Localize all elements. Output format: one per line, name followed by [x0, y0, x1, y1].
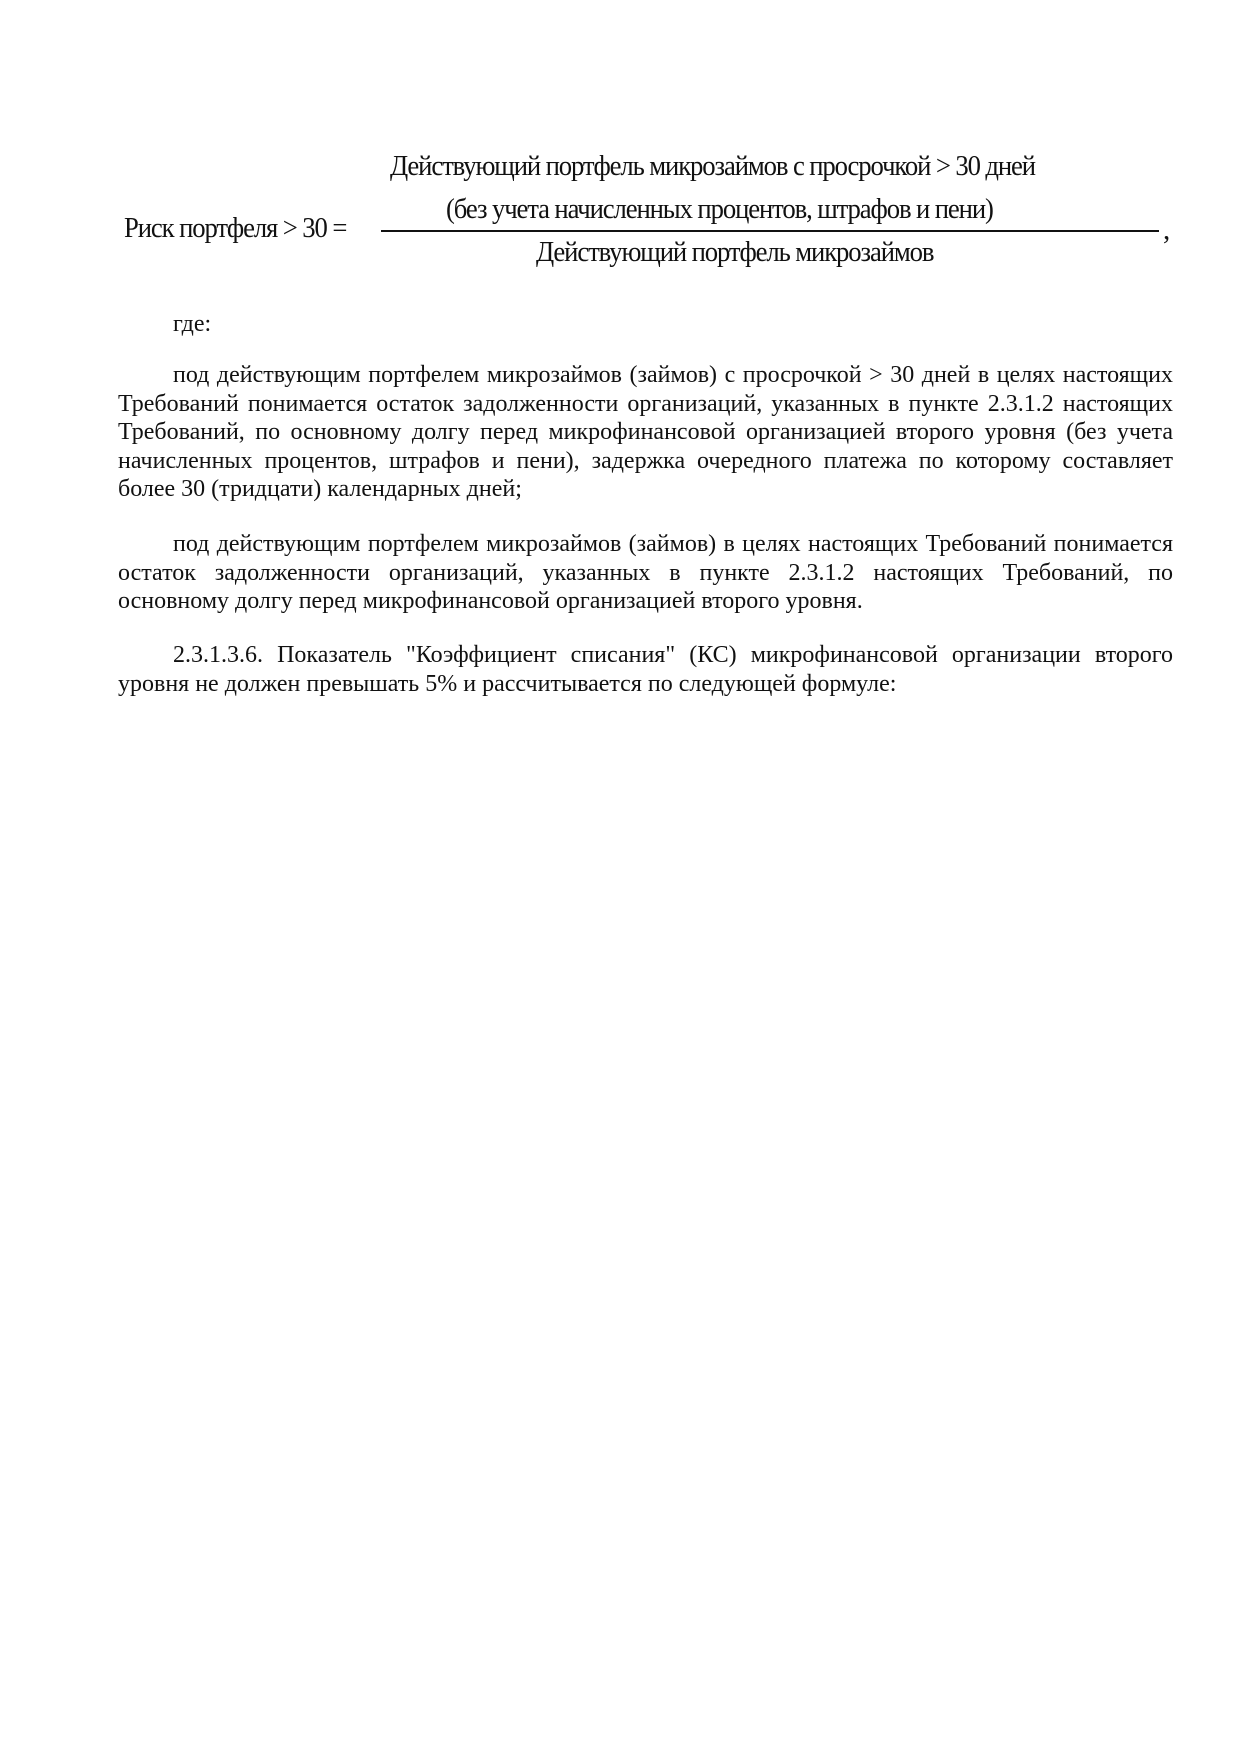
- where-label: где:: [118, 310, 1173, 339]
- fraction-bar: [381, 230, 1159, 232]
- formula-numerator-line2: (без учета начисленных процентов, штрафо…: [446, 193, 993, 226]
- where-label-block: где:: [118, 310, 1173, 339]
- paragraph: 2.3.1.3.6. Показатель "Коэффициент списа…: [118, 641, 1173, 698]
- paragraph-write-off-ratio: 2.3.1.3.6. Показатель "Коэффициент списа…: [118, 641, 1173, 698]
- paragraph: под действующим портфелем микрозаймов (з…: [118, 361, 1173, 504]
- formula-denominator: Действующий портфель микрозаймов: [536, 236, 933, 269]
- paragraph-active-portfolio-definition: под действующим портфелем микрозаймов (з…: [118, 530, 1173, 616]
- formula-lhs: Риск портфеля > 30 =: [124, 212, 346, 245]
- paragraph: под действующим портфелем микрозаймов (з…: [118, 530, 1173, 616]
- formula-trailing-comma: ,: [1163, 214, 1170, 247]
- paragraph-overdue-portfolio-definition: под действующим портфелем микрозаймов (з…: [118, 361, 1173, 504]
- formula-numerator-line1: Действующий портфель микрозаймов с проср…: [390, 150, 1035, 183]
- risk-portfolio-formula: Риск портфеля > 30 = Действующий портфел…: [0, 0, 1240, 280]
